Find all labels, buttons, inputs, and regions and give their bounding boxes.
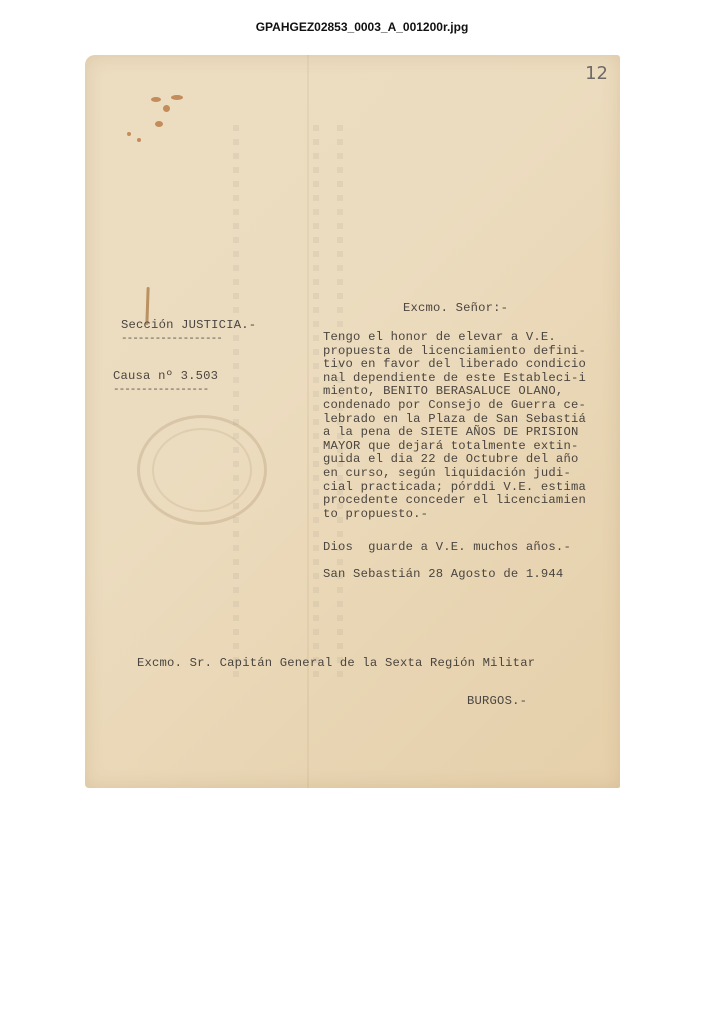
body-line: cial practicada; pórddi V.E. estima bbox=[323, 481, 623, 495]
body-line: procedente conceder el licenciamien bbox=[323, 494, 623, 508]
closing-formula: Dios guarde a V.E. muchos años.- bbox=[323, 540, 571, 554]
rust-stain bbox=[151, 97, 161, 102]
addressee-city: BURGOS.- bbox=[467, 694, 527, 708]
rust-stain bbox=[127, 132, 131, 136]
rust-stain bbox=[155, 121, 163, 127]
body-line: condenado por Consejo de Guerra ce- bbox=[323, 399, 623, 413]
rust-stain bbox=[171, 95, 183, 100]
document-page: 12 Sección JUSTICIA.- ------------------… bbox=[85, 55, 620, 788]
paper-fold bbox=[307, 55, 309, 788]
case-number: Causa nº 3.503 bbox=[113, 369, 218, 383]
body-line: to propuesto.- bbox=[323, 508, 623, 522]
body-line: guida el dia 22 de Octubre del año bbox=[323, 453, 623, 467]
file-title: GPAHGEZ02853_0003_A_001200r.jpg bbox=[0, 20, 724, 34]
body-line: tivo en favor del liberado condicio bbox=[323, 358, 623, 372]
section-label: Sección JUSTICIA.- bbox=[121, 318, 256, 332]
seal-stamp bbox=[137, 415, 267, 525]
rust-stain bbox=[163, 105, 170, 112]
place-date: San Sebastián 28 Agosto de 1.944 bbox=[323, 567, 563, 581]
case-underline: ----------------- bbox=[113, 384, 208, 396]
body-line: miento, BENITO BERASALUCE OLANO, bbox=[323, 385, 623, 399]
salutation: Excmo. Señor:- bbox=[403, 301, 508, 315]
body-line: Tengo el honor de elevar a V.E. bbox=[323, 331, 623, 345]
body-line: a la pena de SIETE AÑOS DE PRISION bbox=[323, 426, 623, 440]
body-line: propuesta de licenciamiento defini- bbox=[323, 345, 623, 359]
letter-body: Tengo el honor de elevar a V.E. propuest… bbox=[323, 331, 623, 521]
folio-number: 12 bbox=[585, 63, 608, 84]
body-line: MAYOR que dejará totalmente extin- bbox=[323, 440, 623, 454]
rust-stain bbox=[137, 138, 141, 142]
bleed-through-text bbox=[313, 125, 319, 685]
body-line: nal dependiente de este Estableci-i bbox=[323, 372, 623, 386]
addressee: Excmo. Sr. Capitán General de la Sexta R… bbox=[137, 656, 535, 670]
bleed-through-text bbox=[233, 125, 239, 685]
body-line: en curso, según liquidación judi- bbox=[323, 467, 623, 481]
section-underline: ------------------ bbox=[121, 333, 222, 345]
